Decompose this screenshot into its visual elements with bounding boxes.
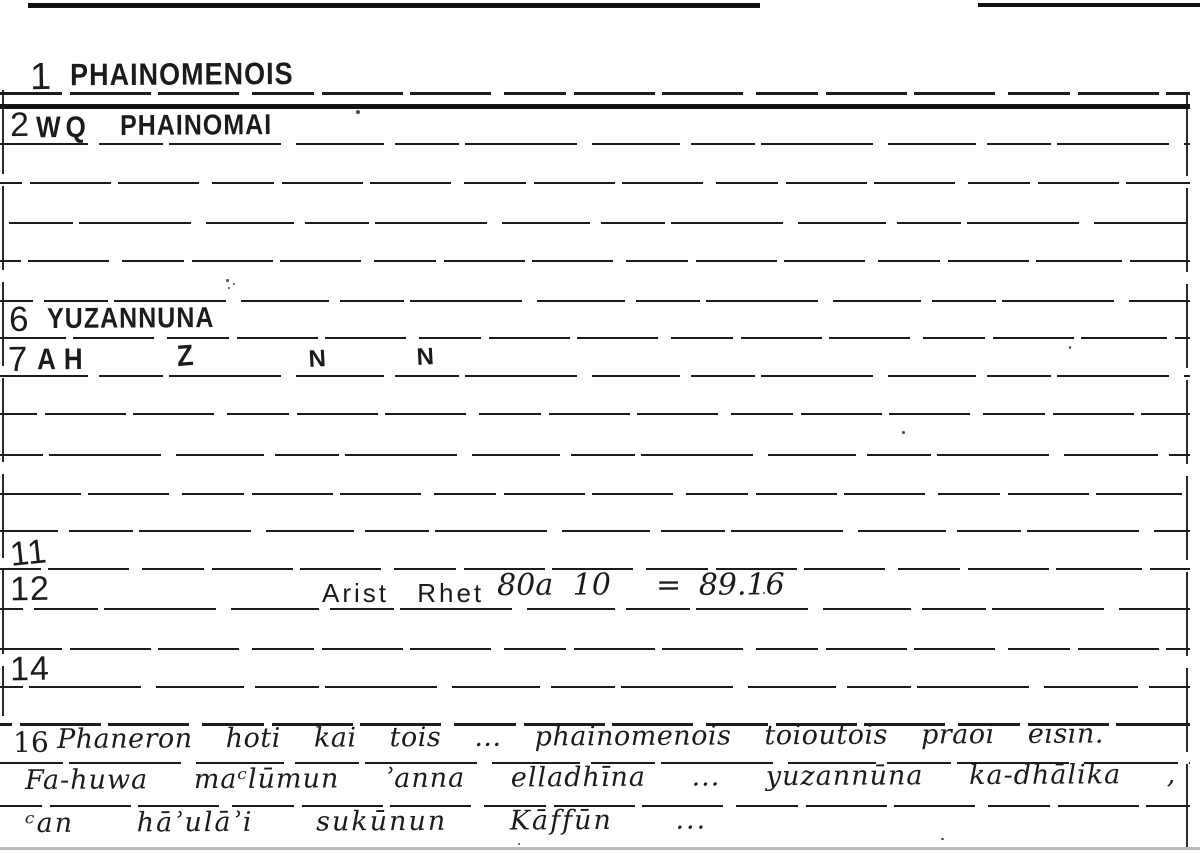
entry-16-number: 16 <box>13 726 49 760</box>
header-divider-line <box>0 104 1190 109</box>
ruled-line <box>0 648 1190 650</box>
ruled-line <box>0 493 1190 495</box>
top-edge-line <box>978 3 1200 7</box>
entry-2-abbreviation: WQ <box>36 112 91 142</box>
ink-speck <box>902 431 905 434</box>
ruled-line <box>0 260 1190 262</box>
entry-14-number: 14 <box>10 652 50 687</box>
arabic-transliteration-line-1: Fa-huwa maᶜlūmun ʾanna elladhīna ... yuz… <box>25 758 1200 797</box>
ruled-line <box>0 222 1190 224</box>
entry-7-mark-n1: N <box>308 347 328 372</box>
entry-16-greek-text: Phaneron hoti kai tois ... phainomenois … <box>57 719 1104 757</box>
entry-7-abbreviation: AH <box>37 344 91 374</box>
ruled-line <box>0 413 1190 415</box>
ruled-line <box>0 375 1190 377</box>
entry-7-mark-n2: N <box>416 345 436 370</box>
ink-speck <box>763 592 765 594</box>
entry-11-number: 11 <box>8 534 49 572</box>
entry-2-number: 2 <box>10 108 31 142</box>
ruled-line <box>0 182 1190 184</box>
ink-speck <box>1069 346 1071 349</box>
ruled-line <box>0 454 1190 456</box>
ruled-line <box>0 143 1190 145</box>
ink-smudge <box>226 279 229 282</box>
entry-1-headword: PHAINOMENOIS <box>70 59 294 91</box>
right-border-line <box>1186 92 1188 848</box>
index-card-scan: 1 PHAINOMENOIS 2 WQ PHAINOMAI 6 YUZANNUN… <box>0 0 1200 854</box>
bottom-edge-line <box>0 847 1200 850</box>
top-edge-line <box>28 3 760 8</box>
entry-6-headword: YUZANNUNA <box>47 304 214 334</box>
ink-speck <box>518 843 520 845</box>
entry-6-number: 6 <box>9 302 30 337</box>
entry-7-number: 7 <box>8 342 29 377</box>
entry-1-number: 1 <box>30 58 53 96</box>
entry-12-citation: Arist Rhet <box>322 580 484 606</box>
entry-7-mark-z: Z <box>176 341 195 372</box>
entry-12-number: 12 <box>10 572 50 607</box>
ink-smudge <box>228 287 230 289</box>
ruled-line <box>0 608 1190 610</box>
entry-12-reference: = 89.16 <box>656 567 785 604</box>
entry-2-headword: PHAINOMAI <box>120 111 272 141</box>
arabic-transliteration-line-2: ᶜan hāʾulāʾi sukūnun Kāffūn ... <box>25 804 707 840</box>
ink-speck <box>941 838 944 840</box>
ruled-line <box>0 92 1190 95</box>
entry-12-locus: 80a 10 <box>497 567 611 604</box>
ink-speck <box>356 110 360 114</box>
ink-smudge <box>233 283 235 285</box>
ruled-line <box>0 530 1190 532</box>
ruled-line <box>0 686 1190 688</box>
